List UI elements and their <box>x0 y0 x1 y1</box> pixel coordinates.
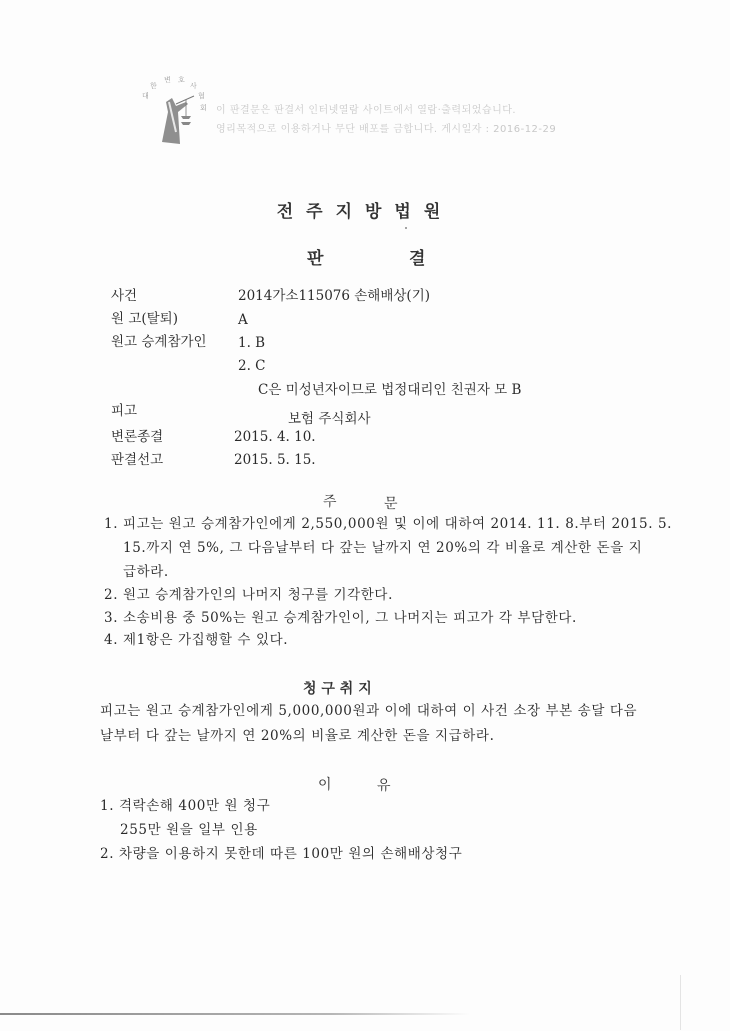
plaintiff-value: A <box>238 311 248 329</box>
order-item-2: 2. 원고 승계참가인의 나머지 청구를 기각한다. <box>104 586 393 604</box>
claim-heading: 청 구 취 지 <box>303 678 372 698</box>
claim-line-1: 피고는 원고 승계참가인에게 5,000,000원과 이에 대하여 이 사건 소… <box>100 702 637 720</box>
reasons-heading-char-1: 이 <box>318 774 332 794</box>
order-item-3: 3. 소송비용 중 50%는 원고 승계참가인이, 그 나머지는 피고가 각 부… <box>104 609 577 627</box>
order-heading-char-1: 주 <box>323 491 337 511</box>
reasons-item-2: 2. 차량을 이용하지 못한데 따른 100만 원의 손해배상청구 <box>100 845 462 863</box>
print-watermark: 이 판결문은 판결서 인터넷열람 사이트에서 열람·출력되었습니다. 영리목적으… <box>216 101 556 139</box>
document-title-char-2: 결 <box>409 244 425 269</box>
order-item-1-line-1: 1. 피고는 원고 승계참가인에게 2,550,000원 및 이에 대하여 20… <box>104 515 672 533</box>
judgment-date-label: 판결선고 <box>111 451 207 469</box>
svg-text:호: 호 <box>178 75 185 84</box>
case-value: 2014가소115076 손해배상(기) <box>238 287 430 305</box>
judgment-date: 2015. 5. 15. <box>234 451 316 469</box>
successor-label: 원고 승계참가인 <box>111 333 207 351</box>
scan-artifact-line <box>680 975 681 1030</box>
page-bottom-rule <box>0 1013 470 1015</box>
closing-date: 2015. 4. 10. <box>234 428 316 446</box>
svg-text:대: 대 <box>142 91 149 100</box>
reasons-item-1-sub: 255만 원을 일부 인용 <box>120 821 258 839</box>
court-name: 전주지방법원 <box>0 197 730 222</box>
defendant-value: 보험 주식회사 <box>288 410 371 428</box>
order-heading-char-2: 문 <box>384 493 398 513</box>
reasons-item-1: 1. 격락손해 400만 원 청구 <box>100 797 270 815</box>
svg-text:회: 회 <box>200 103 207 112</box>
watermark-line-1: 이 판결문은 판결서 인터넷열람 사이트에서 열람·출력되었습니다. <box>216 101 556 120</box>
svg-text:변: 변 <box>164 75 171 84</box>
svg-text:협: 협 <box>198 91 205 100</box>
court-logo-icon: 대 한 변 호 사 협 회 <box>136 72 216 152</box>
plaintiff-label: 원 고(탈퇴) <box>111 310 178 328</box>
successor-2: 2. C <box>238 357 266 375</box>
claim-line-2: 날부터 다 갚는 날까지 연 20%의 비율로 계산한 돈을 지급하라. <box>100 727 494 745</box>
svg-text:한: 한 <box>150 81 157 90</box>
svg-text:사: 사 <box>190 81 197 90</box>
closing-label: 변론종결 <box>111 428 207 446</box>
guardian-note: C은 미성년자이므로 법정대리인 친권자 모 B <box>258 381 521 399</box>
defendant-label: 피고 <box>111 402 207 420</box>
stray-dot <box>405 227 407 229</box>
case-label: 사건 <box>111 287 207 305</box>
order-item-1-line-3: 급하라. <box>123 563 169 581</box>
document-title-char-1: 판 <box>307 244 323 269</box>
judgment-page: 대 한 변 호 사 협 회 이 판결문은 판결서 인터넷열람 사이트에서 열람·… <box>0 0 730 1031</box>
order-item-4: 4. 제1항은 가집행할 수 있다. <box>104 631 288 649</box>
watermark-line-2: 영리목적으로 이용하거나 무단 배포를 금합니다. 게시일자 : 2016-12… <box>216 120 556 139</box>
successor-1: 1. B <box>238 334 265 352</box>
reasons-heading-char-2: 유 <box>377 775 391 795</box>
order-item-1-line-2: 15.까지 연 5%, 그 다음날부터 다 갚는 날까지 연 20%의 각 비율… <box>123 539 642 557</box>
